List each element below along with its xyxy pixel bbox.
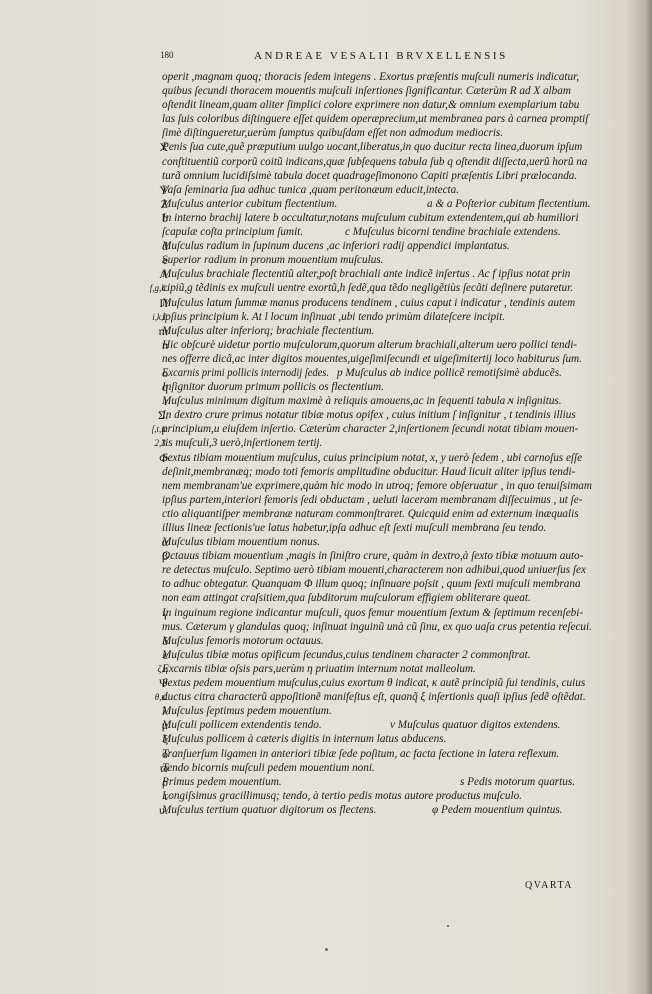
text-line: ζ,ηExcarnis tibiæ oſsis pars,uerùm η pri… xyxy=(0,662,652,676)
legend-text: operit ,magnam quoq; thoracis ſedem inte… xyxy=(0,70,652,817)
line-text: oſtendit lineam,quam aliter ſimplici col… xyxy=(162,98,579,112)
text-line: λMuſculus ſeptimus pedem mouentium. xyxy=(0,704,652,718)
line-text: nes offerre dicã,ac inter digitos mouent… xyxy=(162,352,582,366)
text-line: ϖTendo bicornis muſculi pedem mouentium … xyxy=(0,761,652,775)
text-line: eSuperior radium in pronum mouentium muſ… xyxy=(0,253,652,267)
line-text: quibus ſecundi thoracem mouentis muſculi… xyxy=(162,84,571,98)
text-line: nem membranam'ue exprimere,quàm hic modo… xyxy=(0,479,652,493)
line-text: cipiũ,g tẽdinis ex muſculi uentre exortũ… xyxy=(162,281,573,295)
line-text: Octauus tibiam mouentium ,magis in ſiniſ… xyxy=(162,549,583,563)
text-line: oExcarnis primi pollicis internodij ſede… xyxy=(0,366,652,380)
text-line: 2,3.tis muſculi,3 uerò,inſertionem terti… xyxy=(0,436,652,450)
text-line: Σ.In dextro crure primus notatur tibiæ m… xyxy=(0,408,652,422)
line-text: to adhuc obtegatur. Quanquam Φ illum quo… xyxy=(162,577,581,591)
line-text: Sextus tibiam mouentium muſculus, cuius … xyxy=(162,451,582,465)
text-line: illius lineæ ſectionis'ue latus habetur,… xyxy=(0,521,652,535)
line-text: ductus citra characterũ appoſitionẽ mani… xyxy=(162,690,586,704)
text-line: ρPrimus pedem mouentium.s Pedis motorum … xyxy=(0,775,652,789)
text-line: i,k,l.ipſius principium k. At l locum in… xyxy=(0,310,652,324)
text-line: ipſius partem,interiori femoris ſedi obd… xyxy=(0,493,652,507)
line-text: ſcapulæ coſta principium ſumit. xyxy=(162,225,303,239)
page-number: 180 xyxy=(160,50,174,60)
line-text: Muſculus latum ſummæ manus producens ten… xyxy=(162,296,575,310)
text-line: οTranſuerſum ligamen in anteriori tibiæ … xyxy=(0,747,652,761)
line-text: Excarnis tibiæ oſsis pars,uerùm η priuat… xyxy=(162,662,476,676)
line-text: Muſculus femoris motorum octauus. xyxy=(162,634,324,648)
text-line: ΦSextus tibiam mouentium muſculus, cuius… xyxy=(0,451,652,465)
line-text: Muſculus ſeptimus pedem mouentium. xyxy=(162,704,332,718)
text-line: ſ,t,u.principium,u eiuſdem inſertio. Cæt… xyxy=(0,422,652,436)
line-text: In dextro crure primus notatur tibiæ mot… xyxy=(162,408,576,422)
text-line: τLongiſsimus gracillimusq; tendo, à tert… xyxy=(0,789,652,803)
text-line: ΛMuſculus brachiale flectentiũ alter,poſ… xyxy=(0,267,652,281)
second-column-entry: φ Pedem mouentium quintus. xyxy=(432,803,562,817)
line-text: ipſius principium k. At l locum inſinuat… xyxy=(162,310,505,324)
line-text: turã omnium lucidiſsimè tabula docet qua… xyxy=(162,169,577,183)
book-page: 180 ANDREAE VESALII BRVXELLENSIS operit … xyxy=(0,0,652,994)
line-text: Penis ſua cute,quẽ præputium uulgo uocan… xyxy=(162,140,582,154)
ink-speck xyxy=(447,925,449,927)
text-line: las ſuis coloribus diſtinguere eſſet qui… xyxy=(0,112,652,126)
line-text: illius lineæ ſectionis'ue latus habetur,… xyxy=(162,521,546,535)
line-text: Vaſa ſeminaria ſua adhuc tunica ,quam pe… xyxy=(162,183,459,197)
second-column-entry: c Muſculus bicorni tendine brachiale ext… xyxy=(345,225,561,239)
line-text: Muſculus tibiam mouentium nonus. xyxy=(162,535,320,549)
text-line: operit ,magnam quoq; thoracis ſedem inte… xyxy=(0,70,652,84)
second-column-entry: ν Muſculus quatuor digitos extendens. xyxy=(390,718,561,732)
text-line: ξMuſculus pollicem à cæteris digitis in … xyxy=(0,732,652,746)
text-line: non eam attingat craſsitiem,qua ſubditor… xyxy=(0,591,652,605)
line-text: Superior radium in pronum mouentium muſc… xyxy=(162,253,383,267)
line-text: ſimè diſtingueretur,uerùm ſumptus quibuſ… xyxy=(162,126,503,140)
second-column-entry: s Pedis motorum quartus. xyxy=(460,775,575,789)
text-line: ZMuſculus anterior cubitum flectentium.a… xyxy=(0,197,652,211)
second-column-entry: a & a Poſterior cubitum flectentium. xyxy=(427,197,590,211)
text-line: δMuſculus femoris motorum octauus. xyxy=(0,634,652,648)
page-header: 180 ANDREAE VESALII BRVXELLENSIS xyxy=(160,50,590,66)
text-line: rMuſculus minimum digitum maximè à reliq… xyxy=(0,394,652,408)
ink-speck xyxy=(325,948,328,951)
text-line: turã omnium lucidiſsimè tabula docet qua… xyxy=(0,169,652,183)
line-text: Muſculus pollicem à cæteris digitis in i… xyxy=(162,732,446,746)
text-line: deſinit,membranæq; modo toti femoris amp… xyxy=(0,465,652,479)
line-text: Muſculus anterior cubitum flectentium. xyxy=(162,197,337,211)
line-text: Muſculus tibiæ motus opificum ſecundus,c… xyxy=(162,648,531,662)
line-text: Tranſuerſum ligamen in anteriori tibiæ ſ… xyxy=(162,747,559,761)
text-line: θ,κ.ductus citra characterũ appoſitionẽ … xyxy=(0,690,652,704)
running-title: ANDREAE VESALII BRVXELLENSIS xyxy=(254,50,508,62)
line-text: non eam attingat craſsitiem,qua ſubditor… xyxy=(162,591,531,605)
text-line: ctio aliquantiſper membranæ naturam comm… xyxy=(0,507,652,521)
text-line: quibus ſecundi thoracem mouentis muſculi… xyxy=(0,84,652,98)
line-text: Inſignitor duorum primum pollicis os fle… xyxy=(162,380,384,394)
line-text: Hic obſcurè uidetur portio muſculorum,qu… xyxy=(162,338,577,352)
line-text: Muſculus tertium quatuor digitorum os fl… xyxy=(162,803,376,817)
line-text: Muſculi pollicem extendentis tendo. xyxy=(162,718,322,732)
text-line: oſtendit lineam,quam aliter ſimplici col… xyxy=(0,98,652,112)
second-column-entry: p Muſculus ab indice pollicẽ remotiſsimè… xyxy=(337,366,562,380)
text-line: f,g,h.cipiũ,g tẽdinis ex muſculi uentre … xyxy=(0,281,652,295)
text-line: conſtituentiũ corporũ coitũ indicans,quæ… xyxy=(0,155,652,169)
line-text: ctio aliquantiſper membranæ naturam comm… xyxy=(162,507,579,521)
line-text: mus. Cæterum γ glandulas quoq; inſinuat … xyxy=(162,620,592,634)
text-line: XPenis ſua cute,quẽ præputium uulgo uoca… xyxy=(0,140,652,154)
line-text: re detectus muſculo. Septimo uerò tibiam… xyxy=(162,563,586,577)
text-line: ΠMuſculus latum ſummæ manus producens te… xyxy=(0,296,652,310)
text-line: ſcapulæ coſta principium ſumit.c Muſculu… xyxy=(0,225,652,239)
line-text: Muſculus alter inferiorq; brachiale flec… xyxy=(162,324,374,338)
text-line: nes offerre dicã,ac inter digitos mouent… xyxy=(0,352,652,366)
catchword: QVARTA xyxy=(525,880,573,891)
line-text: In interno brachij latere b occultatur,n… xyxy=(162,211,579,225)
line-text: ipſius partem,interiori femoris ſedi obd… xyxy=(162,493,582,507)
text-line: γIn inguinum regione indicantur muſculi,… xyxy=(0,606,652,620)
line-text: Tendo bicornis muſculi pedem mouentium n… xyxy=(162,761,375,775)
text-line: ſimè diſtingueretur,uerùm ſumptus quibuſ… xyxy=(0,126,652,140)
line-text: In inguinum regione indicantur muſculi, … xyxy=(162,606,583,620)
text-line: εMuſculus tibiæ motus opificum ſecundus,… xyxy=(0,648,652,662)
text-line: αMuſculus tibiam mouentium nonus. xyxy=(0,535,652,549)
line-text: principium,u eiuſdem inſertio. Cæterùm c… xyxy=(162,422,578,436)
text-line: mus. Cæterum γ glandulas quoq; inſinuat … xyxy=(0,620,652,634)
line-text: Longiſsimus gracillimusq; tendo, à terti… xyxy=(162,789,522,803)
line-text: tis muſculi,3 uerò,inſertionem tertij. xyxy=(162,436,322,450)
line-text: Muſculus minimum digitum maximè à reliqu… xyxy=(162,394,562,408)
text-line: YVaſa ſeminaria ſua adhuc tunica ,quam p… xyxy=(0,183,652,197)
line-text: Muſculus radium in ſupinum ducens ,ac in… xyxy=(162,239,510,253)
text-line: βOctauus tibiam mouentium ,magis in ſini… xyxy=(0,549,652,563)
line-text: Excarnis primi pollicis internodij ſedes… xyxy=(162,366,329,380)
line-text: Muſculus brachiale flectentiũ alter,poſt… xyxy=(162,267,570,281)
text-line: mMuſculus alter inferiorq; brachiale fle… xyxy=(0,324,652,338)
text-line: to adhuc obtegatur. Quanquam Φ illum quo… xyxy=(0,577,652,591)
text-line: ΨSextus pedem mouentium muſculus,cuius e… xyxy=(0,676,652,690)
line-text: deſinit,membranæq; modo toti femoris amp… xyxy=(162,465,575,479)
text-line: re detectus muſculo. Septimo uerò tibiam… xyxy=(0,563,652,577)
line-text: Primus pedem mouentium. xyxy=(162,775,282,789)
text-line: μMuſculi pollicem extendentis tendo.ν Mu… xyxy=(0,718,652,732)
line-text: las ſuis coloribus diſtinguere eſſet qui… xyxy=(162,112,588,126)
text-line: qInſignitor duorum primum pollicis os fl… xyxy=(0,380,652,394)
line-text: operit ,magnam quoq; thoracis ſedem inte… xyxy=(162,70,579,84)
text-line: bIn interno brachij latere b occultatur,… xyxy=(0,211,652,225)
line-text: nem membranam'ue exprimere,quàm hic modo… xyxy=(162,479,592,493)
text-line: dMuſculus radium in ſupinum ducens ,ac i… xyxy=(0,239,652,253)
text-line: nHic obſcurè uidetur portio muſculorum,q… xyxy=(0,338,652,352)
line-text: conſtituentiũ corporũ coitũ indicans,quæ… xyxy=(162,155,587,169)
text-line: υ.Muſculus tertium quatuor digitorum os … xyxy=(0,803,652,817)
line-text: Sextus pedem mouentium muſculus,cuius ex… xyxy=(162,676,585,690)
